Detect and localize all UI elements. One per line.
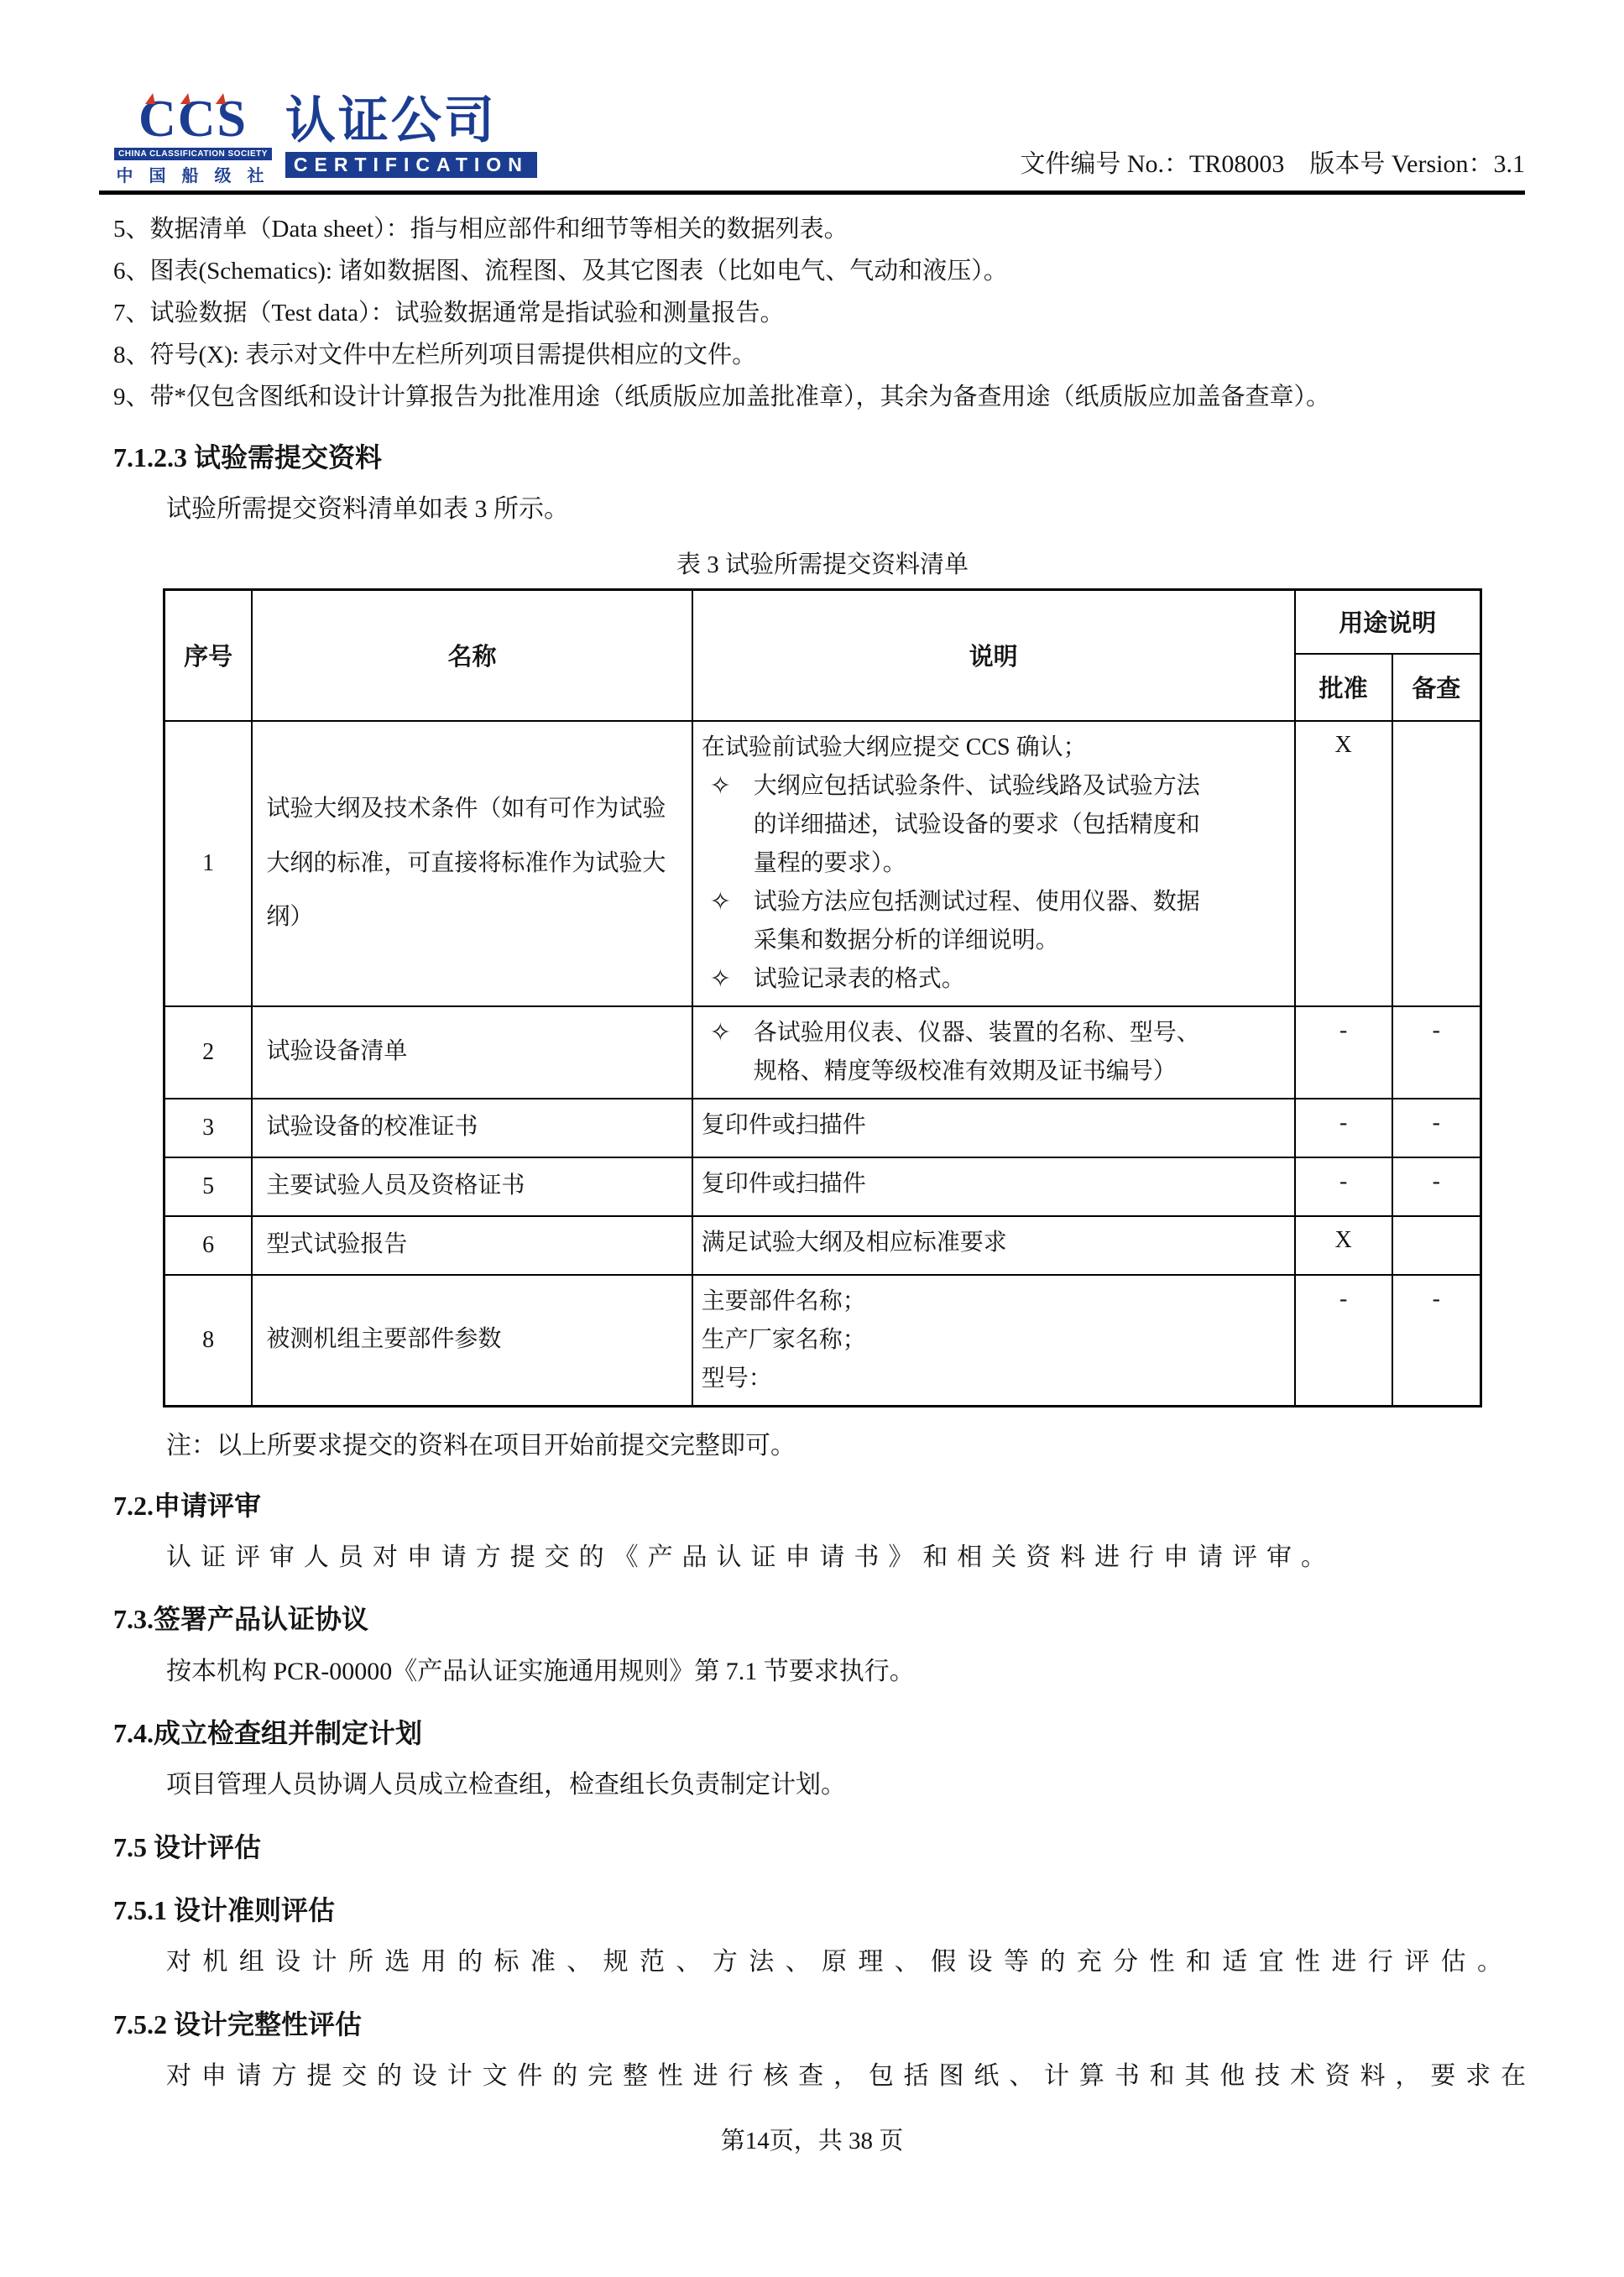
desc-line: 型号： bbox=[702, 1360, 1286, 1398]
desc-line: 主要部件名称； bbox=[702, 1282, 1286, 1321]
col-header-backup: 备查 bbox=[1392, 654, 1481, 721]
note-item-5: 5、数据清单（Data sheet）：指与相应部件和细节等相关的数据列表。 bbox=[113, 208, 1525, 250]
col-header-approve: 批准 bbox=[1295, 654, 1392, 721]
cell-approve: X bbox=[1295, 721, 1392, 1006]
col-header-seq: 序号 bbox=[164, 589, 253, 721]
table-row-2: 2 试验设备清单 ✧ 各试验用仪表、仪器、装置的名称、型号、规格、精度等级校准有… bbox=[164, 1006, 1481, 1099]
diamond-bullet-icon: ✧ bbox=[710, 883, 731, 922]
cell-backup: - bbox=[1392, 1099, 1481, 1157]
heading-7-2: 7.2.申请评审 bbox=[113, 1491, 1525, 1521]
bullet-text: 试验方法应包括测试过程、使用仪器、数据采集和数据分析的详细说明。 bbox=[754, 889, 1200, 953]
cell-seq: 8 bbox=[164, 1275, 253, 1407]
cell-seq: 5 bbox=[164, 1157, 253, 1216]
cell-backup: - bbox=[1392, 1006, 1481, 1099]
ccs-logo: CCS CHINA CLASSIFICATION SOCIETY 中 国 船 级… bbox=[114, 96, 537, 186]
table-header-row-1: 序号 名称 说明 用途说明 bbox=[164, 589, 1481, 654]
cell-desc: 主要部件名称； 生产厂家名称； 型号： bbox=[692, 1275, 1295, 1407]
page-header: CCS CHINA CLASSIFICATION SOCIETY 中 国 船 级… bbox=[99, 0, 1525, 195]
para-7-5-2: 对申请方提交的设计文件的完整性进行核查，包括图纸、计算书和其他技术资料，要求在 bbox=[166, 2060, 1526, 2094]
cell-seq: 6 bbox=[164, 1216, 253, 1275]
heading-7-5-2: 7.5.2 设计完整性评估 bbox=[113, 2010, 1525, 2039]
bullet-text: 大纲应包括试验条件、试验线路及试验方法的详细描述，试验设备的要求（包括精度和量程… bbox=[754, 773, 1200, 876]
cell-backup: - bbox=[1392, 1275, 1481, 1407]
heading-7-4: 7.4.成立检查组并制定计划 bbox=[113, 1719, 1525, 1748]
heading-7-3: 7.3.签署产品认证协议 bbox=[113, 1605, 1525, 1634]
cell-desc: 复印件或扫描件 bbox=[692, 1157, 1295, 1216]
col-header-desc: 说明 bbox=[692, 589, 1295, 721]
desc-bullet: ✧ 试验记录表的格式。 bbox=[702, 960, 1205, 999]
heading-7-5: 7.5 设计评估 bbox=[113, 1833, 1525, 1862]
table-row-3: 3 试验设备的校准证书 复印件或扫描件 - - bbox=[164, 1099, 1481, 1157]
table-row-8: 8 被测机组主要部件参数 主要部件名称； 生产厂家名称； 型号： - - bbox=[164, 1275, 1481, 1407]
doc-number: 文件编号 No.：TR08003 版本号 Version：3.1 bbox=[1020, 143, 1525, 186]
diamond-bullet-icon: ✧ bbox=[710, 960, 731, 999]
cell-backup: - bbox=[1392, 1157, 1481, 1216]
note-item-9: 9、带*仅包含图纸和设计计算报告为批准用途（纸质版应加盖批准章），其余为备查用途… bbox=[113, 376, 1525, 418]
cell-name: 试验设备清单 bbox=[252, 1006, 692, 1099]
diamond-bullet-icon: ✧ bbox=[710, 767, 731, 806]
cell-approve: - bbox=[1295, 1157, 1392, 1216]
desc-line: 生产厂家名称； bbox=[702, 1321, 1286, 1360]
para-7-2: 认证评审人员对申请方提交的《产品认证申请书》和相关资料进行申请评审。 bbox=[166, 1541, 1326, 1575]
para-7-3: 按本机构 PCR-00000《产品认证实施通用规则》第 7.1 节要求执行。 bbox=[166, 1655, 1525, 1689]
document-page: CCS CHINA CLASSIFICATION SOCIETY 中 国 船 级… bbox=[0, 0, 1624, 2277]
para-7-1-2-3: 试验所需提交资料清单如表 3 所示。 bbox=[166, 493, 1525, 527]
cell-name: 被测机组主要部件参数 bbox=[252, 1275, 692, 1407]
cell-seq: 1 bbox=[164, 721, 253, 1006]
cell-approve: X bbox=[1295, 1216, 1392, 1275]
para-7-4: 项目管理人员协调人员成立检查组，检查组长负责制定计划。 bbox=[166, 1768, 1525, 1803]
note-item-8: 8、符号(X): 表示对文件中左栏所列项目需提供相应的文件。 bbox=[113, 334, 1525, 376]
table-row-6: 6 型式试验报告 满足试验大纲及相应标准要求 X bbox=[164, 1216, 1481, 1275]
definition-notes: 5、数据清单（Data sheet）：指与相应部件和细节等相关的数据列表。 6、… bbox=[113, 208, 1525, 418]
cell-name: 试验设备的校准证书 bbox=[252, 1099, 692, 1157]
cell-approve: - bbox=[1295, 1275, 1392, 1407]
cell-desc: 在试验前试验大纲应提交 CCS 确认； ✧ 大纲应包括试验条件、试验线路及试验方… bbox=[692, 721, 1295, 1006]
heading-7-1-2-3: 7.1.2.3 试验需提交资料 bbox=[113, 443, 1525, 473]
desc-bullet: ✧ 各试验用仪表、仪器、装置的名称、型号、规格、精度等级校准有效期及证书编号） bbox=[702, 1014, 1205, 1091]
note-item-7: 7、试验数据（Test data）：试验数据通常是指试验和测量报告。 bbox=[113, 292, 1525, 334]
cell-desc: 复印件或扫描件 bbox=[692, 1099, 1295, 1157]
note-item-6: 6、图表(Schematics): 诸如数据图、流程图、及其它图表（比如电气、气… bbox=[113, 250, 1525, 292]
diamond-bullet-icon: ✧ bbox=[710, 1014, 731, 1052]
cell-desc: 满足试验大纲及相应标准要求 bbox=[692, 1216, 1295, 1275]
page-body: 5、数据清单（Data sheet）：指与相应部件和细节等相关的数据列表。 6、… bbox=[113, 208, 1525, 2093]
company-name: 认证公司 bbox=[285, 96, 537, 146]
cell-approve: - bbox=[1295, 1006, 1392, 1099]
ccs-wordmark: CCS bbox=[138, 96, 248, 144]
cell-approve: - bbox=[1295, 1099, 1392, 1157]
society-name-en: CHINA CLASSIFICATION SOCIETY bbox=[114, 148, 272, 160]
cell-desc: ✧ 各试验用仪表、仪器、装置的名称、型号、规格、精度等级校准有效期及证书编号） bbox=[692, 1006, 1295, 1099]
table-caption: 表 3 试验所需提交资料清单 bbox=[163, 546, 1482, 580]
ccs-logo-left: CCS CHINA CLASSIFICATION SOCIETY 中 国 船 级… bbox=[114, 96, 272, 186]
cell-name: 试验大纲及技术条件（如有可作为试验大纲的标准，可直接将标准作为试验大纲） bbox=[252, 721, 692, 1006]
bullet-text: 试验记录表的格式。 bbox=[754, 966, 965, 992]
society-name-cn: 中 国 船 级 社 bbox=[116, 162, 269, 186]
col-header-name: 名称 bbox=[252, 589, 692, 721]
heading-7-5-1: 7.5.1 设计准则评估 bbox=[113, 1896, 1525, 1925]
col-header-usage: 用途说明 bbox=[1295, 589, 1481, 654]
table-row-1: 1 试验大纲及技术条件（如有可作为试验大纲的标准，可直接将标准作为试验大纲） 在… bbox=[164, 721, 1481, 1006]
ccs-logo-right: 认证公司 CERTIFICATION bbox=[285, 96, 537, 178]
cell-name: 型式试验报告 bbox=[252, 1216, 692, 1275]
bullet-text: 各试验用仪表、仪器、装置的名称、型号、规格、精度等级校准有效期及证书编号） bbox=[754, 1020, 1200, 1084]
para-7-5-1: 对机组设计所选用的标准、规范、方法、原理、假设等的充分性和适宜性进行评估。 bbox=[166, 1945, 1502, 1980]
desc-bullet: ✧ 大纲应包括试验条件、试验线路及试验方法的详细描述，试验设备的要求（包括精度和… bbox=[702, 767, 1205, 883]
table-row-5: 5 主要试验人员及资格证书 复印件或扫描件 - - bbox=[164, 1157, 1481, 1216]
cell-backup bbox=[1392, 721, 1481, 1006]
desc-bullet: ✧ 试验方法应包括测试过程、使用仪器、数据采集和数据分析的详细说明。 bbox=[702, 883, 1205, 960]
table-note: 注：以上所要求提交的资料在项目开始前提交完整即可。 bbox=[166, 1424, 1525, 1461]
cell-seq: 2 bbox=[164, 1006, 253, 1099]
page-footer: 第14页，共 38 页 bbox=[0, 2122, 1624, 2156]
desc-intro: 在试验前试验大纲应提交 CCS 确认； bbox=[702, 729, 1286, 767]
cell-backup bbox=[1392, 1216, 1481, 1275]
cell-name: 主要试验人员及资格证书 bbox=[252, 1157, 692, 1216]
cell-seq: 3 bbox=[164, 1099, 253, 1157]
certification-label: CERTIFICATION bbox=[285, 152, 537, 178]
submission-table: 序号 名称 说明 用途说明 批准 备查 1 试验大纲及技术条件（如有可作为试验大… bbox=[163, 588, 1482, 1407]
